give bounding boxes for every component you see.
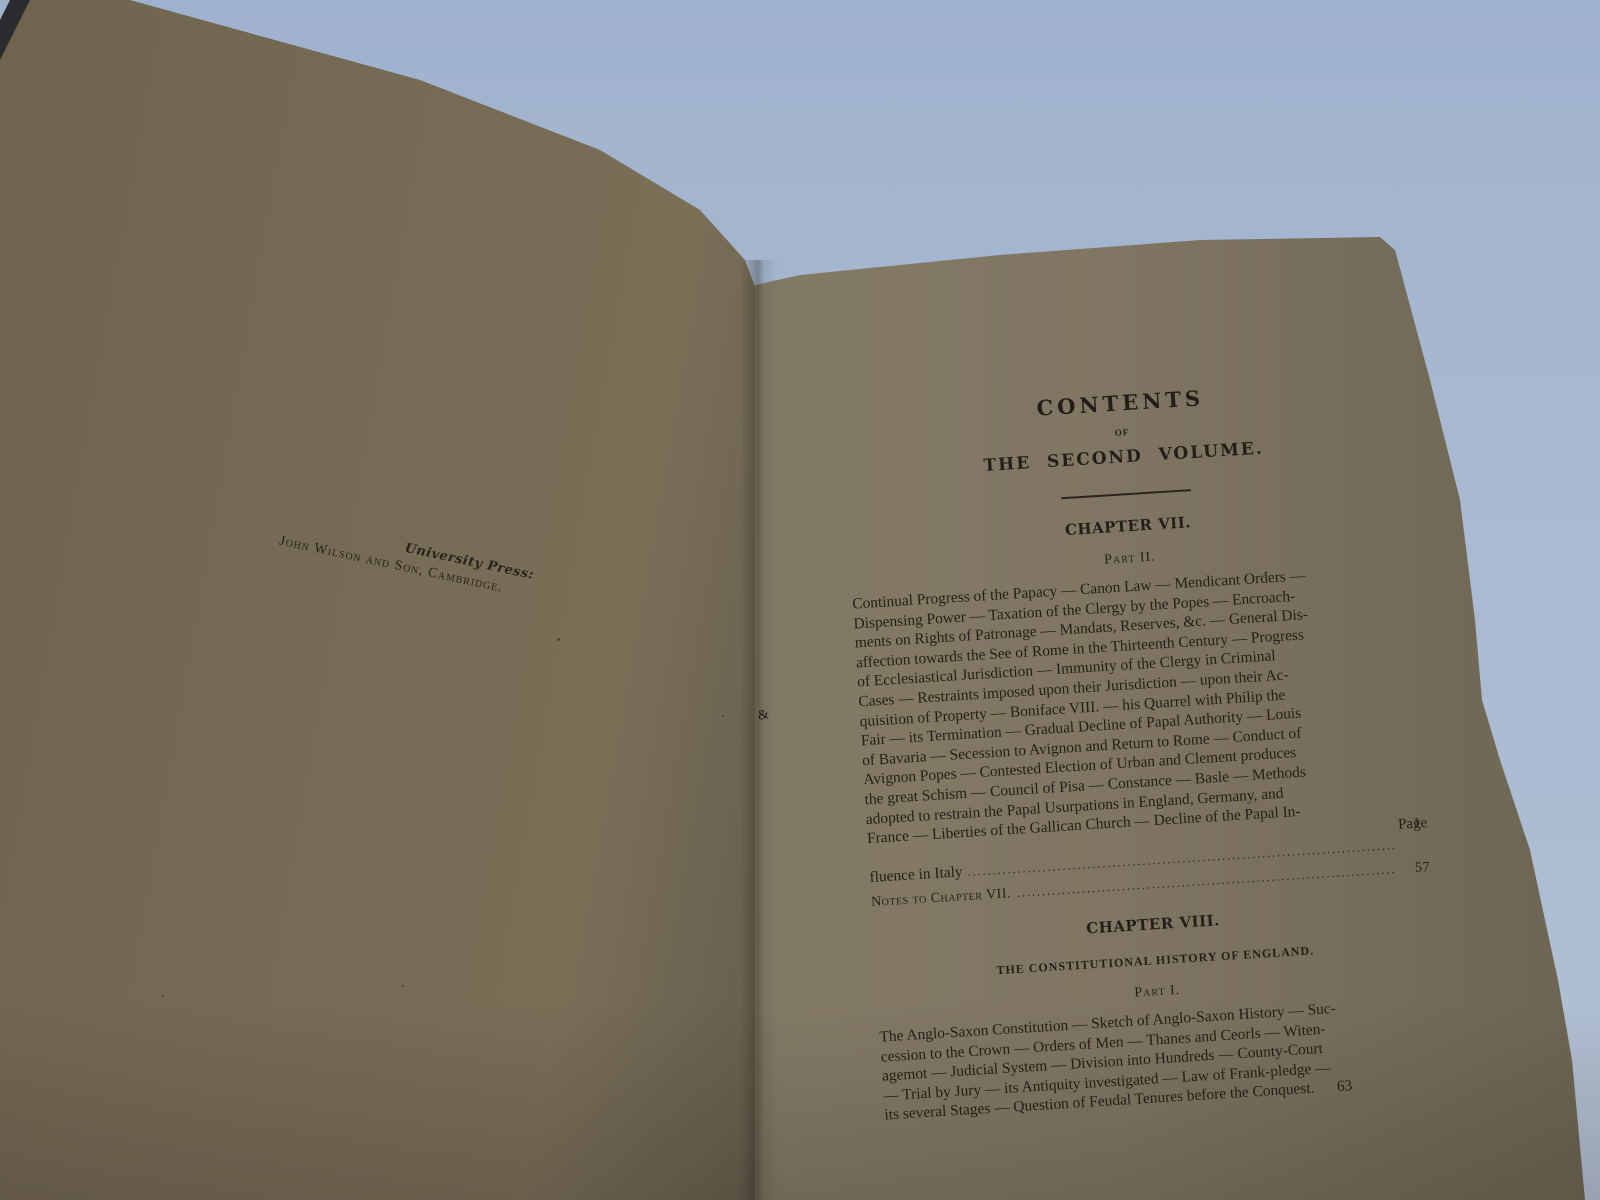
page-number: 63 <box>1324 1076 1353 1097</box>
title-rule <box>1061 489 1191 499</box>
table-of-contents: CONTENTS OF THE SECOND VOLUME. CHAPTER V… <box>840 373 1444 1126</box>
contents-subtitle: THE SECOND VOLUME. <box>844 430 1404 485</box>
book-photo: University Press: John Wilson and Son, C… <box>0 0 1600 1200</box>
dust-speck <box>557 638 560 641</box>
summary-line: fluence in Italy <box>883 863 963 888</box>
chapter-summary: Continual Progress of the Papacy — Canon… <box>852 559 1429 888</box>
book-gutter <box>740 260 780 1200</box>
notes-label: Notes to Chapter VII. <box>871 886 1012 911</box>
gutter-mark: & <box>757 707 771 725</box>
page-number: 57 <box>1402 860 1431 878</box>
dust-speck <box>722 715 724 717</box>
left-page <box>0 0 770 1200</box>
chapter-vii: CHAPTER VII. Part II. Continual Progress… <box>848 500 1431 911</box>
dust-speck <box>162 995 164 997</box>
chapter-viii: CHAPTER VIII. THE CONSTITUTIONAL HISTORY… <box>873 898 1444 1126</box>
dust-speck <box>402 985 404 987</box>
